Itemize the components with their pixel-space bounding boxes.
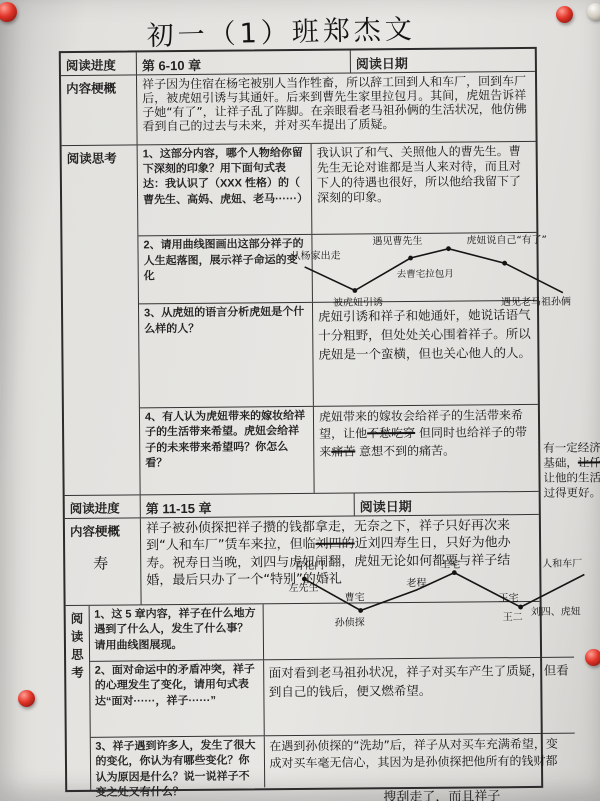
margin-char-shou: 寿 [93, 553, 108, 574]
q4-row: 4、有人认为虎妞带来的嫁妆给祥子的生活带来希望。虎妞会给祥子的未来带来希望吗？你… [140, 405, 539, 494]
chapter-range-2: 第 11-15 章 [141, 493, 355, 517]
margin-note-part2: 让他的生活过得更好。 [543, 470, 600, 499]
student-title: 初一（1）班郑杰文 [146, 6, 467, 53]
answer-2-2-text: 面对看到老马祖孙状况，祥子对买车产生了质疑，但看到自己的钱后，便又燃希望。 [264, 658, 575, 736]
chapter-range-1: 第 6-10 章 [137, 51, 351, 75]
summary-label-1: 内容梗概 [61, 75, 138, 144]
thinking-questions-2: 1、这 5 章内容，祥子在什么地方遇到了什么人，发生了什么事？请用曲线图展现。 … [89, 602, 575, 790]
photo-background: 初一（1）班郑杰文 阅读进度 第 6-10 章 阅读日期 内容梗概 祥子因为住宿… [0, 0, 600, 801]
answer-4-text: 虎妞带来的嫁妆会给祥子的生活带来希望，让他不愁吃穿 但同时也给祥子的带来痛苦 意… [314, 405, 539, 493]
q3-row-2: 3、祥子遇到许多人，发生了很大的变化，你认为有哪些变化？你认为原因是什么？说一说… [90, 734, 574, 789]
bottom-overflow-text: 搜刮走了，而且祥子 [383, 785, 500, 801]
pushpin-icon [556, 6, 573, 23]
question-3-2-text: 3、祥子遇到许多人，发生了很大的变化，你认为有哪些变化？你认为原因是什么？说一说… [90, 736, 264, 789]
pushpin-icon [587, 3, 600, 20]
answer-4-struck2: 痛苦 [331, 444, 355, 458]
table-row-thinking-1: 阅读思考 1、这部分内容，哪个人物给你留下深刻的印象？用下面句式表达：我认识了（… [62, 142, 539, 496]
answer-3-2-overflow: 在遇到孙侦探的“洗劫”后，祥子从对买车充满希望，变成对买车毫无信心，其因为是孙侦… [269, 736, 569, 772]
table-row-thinking-2: 阅读思考 1、这 5 章内容，祥子在什么地方遇到了什么人，发生了什么事？请用曲线… [66, 602, 542, 790]
answer-4-struck1: 不愁吃穿 [367, 426, 415, 440]
reading-log-table: 阅读进度 第 6-10 章 阅读日期 内容梗概 祥子因为住宿在杨宅被别人当作牲畜… [59, 47, 543, 792]
thinking-label-2: 阅读思考 [66, 606, 91, 790]
question-2-2-text: 2、面对命运中的矛盾冲突，祥子的心理发生了变化，请用句式表达“面对······，… [90, 660, 265, 737]
question-1-text: 1、这部分内容，哪个人物给你留下深刻的印象？用下面句式表达：我认识了（XXX 性… [138, 143, 313, 235]
thinking-questions-1: 1、这部分内容，哪个人物给你留下深刻的印象？用下面句式表达：我认识了（XXX 性… [138, 142, 539, 494]
q2-row: 2、请用曲线图画出这部分祥子的人生起落图，展示祥子命运的变化 [138, 233, 537, 304]
margin-note-struck: 让仟 [578, 455, 600, 469]
q2-row-2: 2、面对命运中的矛盾冲突，祥子的心理发生了变化，请用句式表达“面对······，… [90, 658, 575, 738]
worksheet-sheet: 初一（1）班郑杰文 阅读进度 第 6-10 章 阅读日期 内容梗概 祥子因为住宿… [0, 0, 600, 801]
question-3-text: 3、从虎妞的语言分析虎妞是个什么样的人？ [139, 303, 314, 407]
answer-1-text: 我认识了和气、关照他人的曹先生。曹先生无论对谁都是当人来对待，而且对下人的待遇也… [312, 142, 537, 235]
progress-label-1: 阅读进度 [61, 52, 137, 75]
pushpin-icon [585, 649, 600, 666]
question-4-text: 4、有人认为虎妞带来的嫁妆给祥子的生活带来希望。虎妞会给祥子的未来带来希望吗？你… [140, 407, 315, 494]
answer-2-curve-area [312, 233, 537, 302]
q3-row: 3、从虎妞的语言分析虎妞是个什么样的人？ 虎妞引诱和祥子和她通奸，她说话语气十分… [139, 301, 538, 408]
q1-row: 1、这部分内容，哪个人物给你留下深刻的印象？用下面句式表达：我认识了（XXX 性… [138, 142, 537, 237]
curve2-label-renhechang: 人和车厂 [542, 557, 582, 570]
answer-1-2-curve-area [263, 602, 573, 660]
question-2-text: 2、请用曲线图画出这部分祥子的人生起落图，展示祥子命运的变化 [138, 235, 313, 303]
pushpin-icon [18, 690, 35, 707]
worksheet-paper: 初一（1）班郑杰文 阅读进度 第 6-10 章 阅读日期 内容梗概 祥子因为住宿… [0, 0, 600, 801]
table-row-summary-2: 内容梗概 祥子被孙侦探把祥子攒的钱都拿走，无奈之下，祥子只好再次来到“人和车厂”… [65, 515, 540, 607]
summary-text-2: 祥子被孙侦探把祥子攒的钱都拿走，无奈之下，祥子只好再次来到“人和车厂”赁车来拉，… [141, 515, 540, 605]
thinking-label-1: 阅读思考 [62, 145, 141, 495]
margin-note-economy: 有一定经济基础，让仟让他的生活过得更好。 [543, 440, 600, 500]
table-row-summary-1: 内容梗概 祥子因为住宿在杨宅被别人当作牲畜，所以辞工回到人和车厂，回到车厂后，被… [61, 72, 536, 146]
date-label-1: 阅读日期 [351, 49, 535, 73]
q1-row-2: 1、这 5 章内容，祥子在什么地方遇到了什么人，发生了什么事？请用曲线图展现。 [89, 602, 573, 662]
answer-4-part3: 意想不到的痛苦。 [359, 443, 455, 458]
answer-3-text: 虎妞引诱和祥子和她通奸，她说话语气十分粗野，但处处关心围着祥子。所以虎妞是一个蛮… [313, 301, 538, 406]
question-1-2-text: 1、这 5 章内容，祥子在什么地方遇到了什么人，发生了什么事？请用曲线图展现。 [89, 604, 263, 661]
answer-3-2-text: 在遇到孙侦探的“洗劫”后，祥子从对买车充满希望，变成对买车毫无信心，其因为是孙侦… [264, 734, 574, 788]
date-label-2: 阅读日期 [355, 492, 539, 516]
summary-2-struck: 刘四的 [316, 537, 355, 552]
progress-label-2: 阅读进度 [65, 495, 141, 518]
summary-text-1: 祥子因为住宿在杨宅被别人当作牲畜，所以辞工回到人和车厂，回到车厂后，被虎妞引诱与… [137, 72, 536, 144]
